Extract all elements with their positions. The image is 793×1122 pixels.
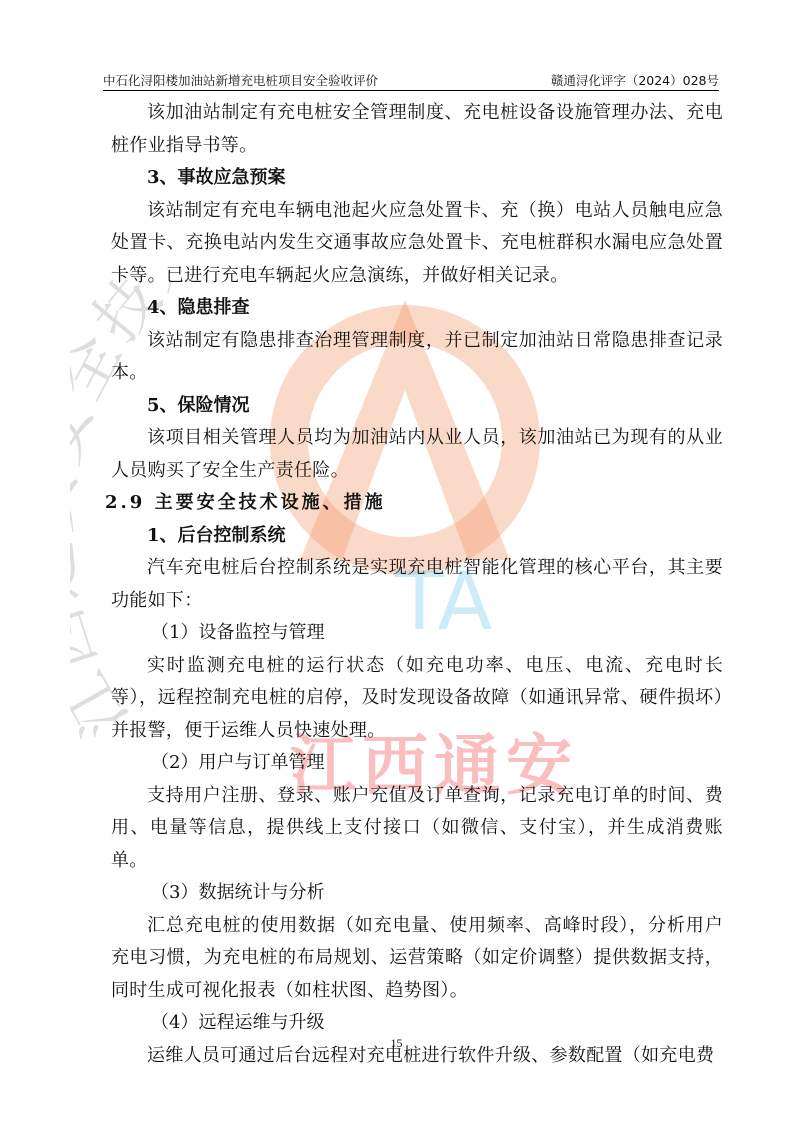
paragraph: 实时监测充电桩的运行状态（如充电功率、电压、电流、充电时长等），远程控制充电桩的…	[111, 650, 723, 748]
subheading-device-monitoring: （1）设备监控与管理	[111, 617, 723, 650]
page-body: 该加油站制定有充电桩安全管理制度、充电桩设备设施管理办法、充电桩作业指导书等。 …	[111, 97, 723, 1072]
paragraph: 该项目相关管理人员均为加油站内从业人员，该加油站已为现有的从业人员购买了安全生产…	[111, 422, 723, 487]
paragraph: 支持用户注册、登录、账户充值及订单查询，记录充电订单的时间、费用、电量等信息，提…	[111, 780, 723, 878]
document-number: 赣通浔化评字（2024）028号	[551, 71, 719, 89]
heading-emergency-plan: 3、事故应急预案	[111, 162, 723, 195]
page-number: 15	[0, 1036, 793, 1051]
subheading-user-order-management: （2）用户与订单管理	[111, 747, 723, 780]
heading-hazard-inspection: 4、隐患排查	[111, 292, 723, 325]
section-heading-2-9: 2.9 主要安全技术设施、措施	[105, 487, 723, 520]
subheading-remote-maintenance: （4）远程运维与升级	[111, 1007, 723, 1040]
paragraph: 该加油站制定有充电桩安全管理制度、充电桩设备设施管理办法、充电桩作业指导书等。	[111, 97, 723, 162]
page-header: 中石化浔阳楼加油站新增充电桩项目安全验收评价 赣通浔化评字（2024）028号	[103, 68, 719, 91]
paragraph: 汽车充电桩后台控制系统是实现充电桩智能化管理的核心平台，其主要功能如下：	[111, 552, 723, 617]
heading-insurance: 5、保险情况	[111, 390, 723, 423]
paragraph: 该站制定有隐患排查治理管理制度，并已制定加油站日常隐患排查记录本。	[111, 325, 723, 390]
paragraph: 汇总充电桩的使用数据（如充电量、使用频率、高峰时段），分析用户充电习惯，为充电桩…	[111, 910, 723, 1008]
paragraph: 该站制定有充电车辆电池起火应急处置卡、充（换）电站人员触电应急处置卡、充换电站内…	[111, 195, 723, 293]
document-title: 中石化浔阳楼加油站新增充电桩项目安全验收评价	[103, 71, 378, 89]
heading-backend-control-system: 1、后台控制系统	[111, 520, 723, 553]
subheading-data-statistics: （3）数据统计与分析	[111, 877, 723, 910]
